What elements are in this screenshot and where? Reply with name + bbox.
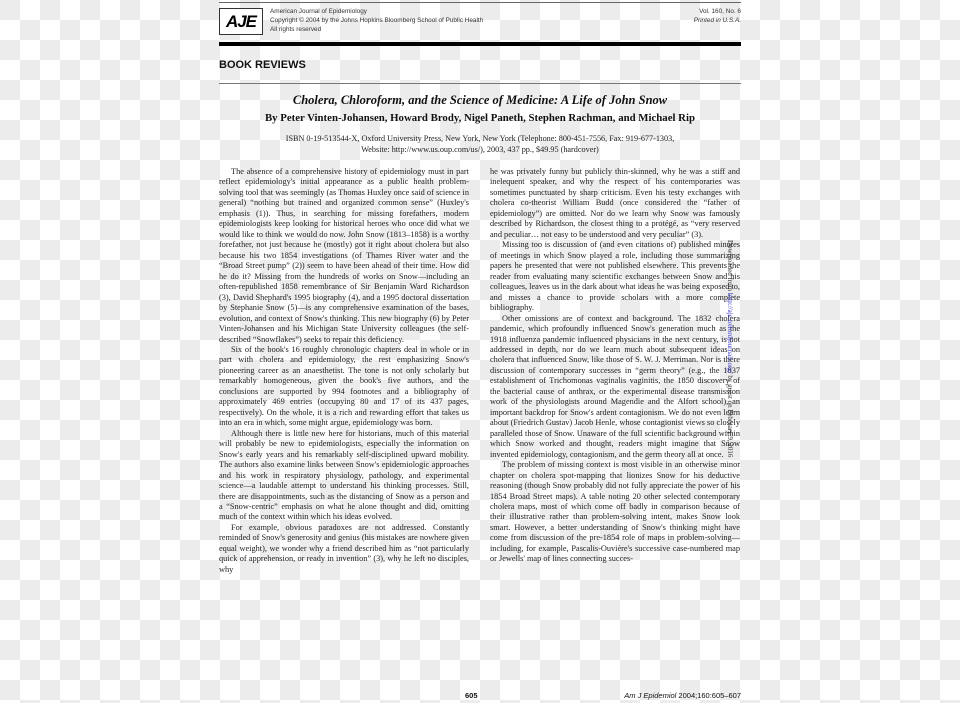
paragraph: For example, obvious paradoxes are not a… [219, 523, 469, 575]
aje-logo-icon: AJE [219, 8, 263, 35]
journal-name: American Journal of Epidemiology [270, 7, 570, 16]
paragraph: Missing too is discussion of (and even c… [490, 240, 740, 313]
volume-info: Vol. 160, No. 6 Printed in U.S.A. [621, 7, 741, 25]
book-title: Cholera, Chloroform, and the Science of … [219, 93, 741, 108]
paragraph: The absence of a comprehensive history o… [219, 167, 469, 345]
section-title: BOOK REVIEWS [219, 59, 306, 71]
download-link[interactable]: http://aje.oxfordjournals.org/ [726, 293, 734, 374]
paragraph: Six of the book's 16 roughly chronologic… [219, 345, 469, 429]
volume: Vol. 160, No. 6 [621, 7, 741, 16]
journal-abbrev: Am J Epidemiol [624, 691, 676, 700]
book-authors: By Peter Vinten-Johansen, Howard Brody, … [219, 112, 741, 124]
paragraph: Other omissions are of context and backg… [490, 314, 740, 461]
paragraph: The problem of missing context is most v… [490, 460, 740, 565]
printed-location: Printed in U.S.A. [621, 16, 741, 25]
paragraph: he was privately funny but publicly thin… [490, 167, 740, 240]
journal-page: AJE American Journal of Epidemiology Cop… [219, 0, 741, 703]
download-suffix: by guest on February 9, 2016 [726, 374, 734, 458]
section-rule [219, 83, 741, 84]
download-prefix: Downloaded from [726, 240, 734, 293]
paragraph: Although there is little new here for hi… [219, 429, 469, 523]
rights: All rights reserved [270, 25, 570, 34]
website-line: Website: http://www.us.oup.com/us/), 200… [219, 144, 741, 155]
citation-range: 2004;160:605–607 [676, 691, 741, 700]
book-meta: ISBN 0-19-513544-X, Oxford University Pr… [219, 133, 741, 155]
page-number: 605 [465, 691, 478, 700]
download-note: Downloaded from http://aje.oxfordjournal… [723, 240, 735, 520]
copyright: Copyright © 2004 by the Johns Hopkins Bl… [270, 16, 570, 25]
left-column: The absence of a comprehensive history o… [219, 167, 469, 575]
citation: Am J Epidemiol 2004;160:605–607 [624, 691, 741, 700]
header-rule [219, 42, 741, 46]
top-rule [219, 2, 741, 3]
isbn-line: ISBN 0-19-513544-X, Oxford University Pr… [219, 133, 741, 144]
journal-info: American Journal of Epidemiology Copyrig… [270, 7, 570, 34]
right-column: he was privately funny but publicly thin… [490, 167, 740, 565]
